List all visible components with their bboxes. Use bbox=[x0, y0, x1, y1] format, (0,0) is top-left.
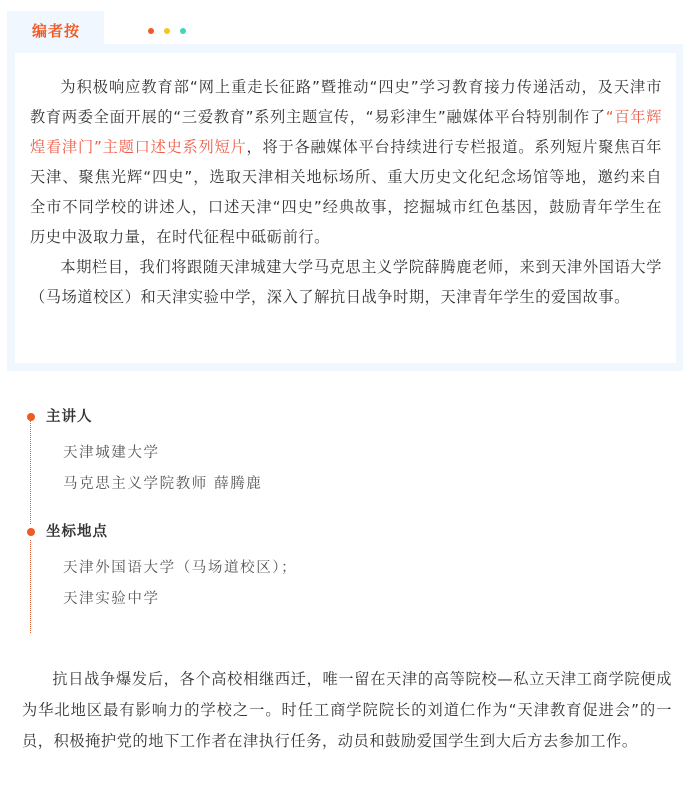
location-1: 天津外国语大学（马场道校区）； bbox=[63, 558, 297, 578]
decorative-dots bbox=[148, 28, 186, 34]
location-heading: 坐标地点 bbox=[46, 522, 108, 542]
teal-dot-icon bbox=[180, 28, 186, 34]
editor-note-paragraph-2: 本期栏目，我们将跟随天津城建大学马克思主义学院薛腾鹿老师，来到天津外国语大学（马… bbox=[30, 252, 662, 312]
paragraph-text: 为积极响应教育部“网上重走长征路”暨推动“四史”学习教育接力传递活动，及天津市教… bbox=[30, 78, 662, 126]
body-paragraph: 抗日战争爆发后，各个高校相继西迁，唯一留在天津的高等院校—私立天津工商学院便成为… bbox=[22, 664, 672, 757]
bullet-dot-icon bbox=[27, 413, 35, 421]
editor-note-paragraph-1: 为积极响应教育部“网上重走长征路”暨推动“四史”学习教育接力传递活动，及天津市教… bbox=[30, 72, 662, 252]
editor-note-content: 为积极响应教育部“网上重走长征路”暨推动“四史”学习教育接力传递活动，及天津市教… bbox=[15, 53, 676, 363]
orange-dot-icon bbox=[148, 28, 154, 34]
editor-note-title: 编者按 bbox=[32, 20, 80, 42]
speaker-institution: 天津城建大学 bbox=[63, 443, 160, 463]
yellow-dot-icon bbox=[164, 28, 170, 34]
timeline-connector bbox=[30, 540, 31, 633]
timeline-connector bbox=[30, 421, 31, 524]
speaker-name: 马克思主义学院教师 薛腾鹿 bbox=[63, 474, 262, 494]
location-2: 天津实验中学 bbox=[63, 589, 160, 609]
speaker-heading: 主讲人 bbox=[46, 407, 93, 427]
bullet-dot-icon bbox=[27, 528, 35, 536]
